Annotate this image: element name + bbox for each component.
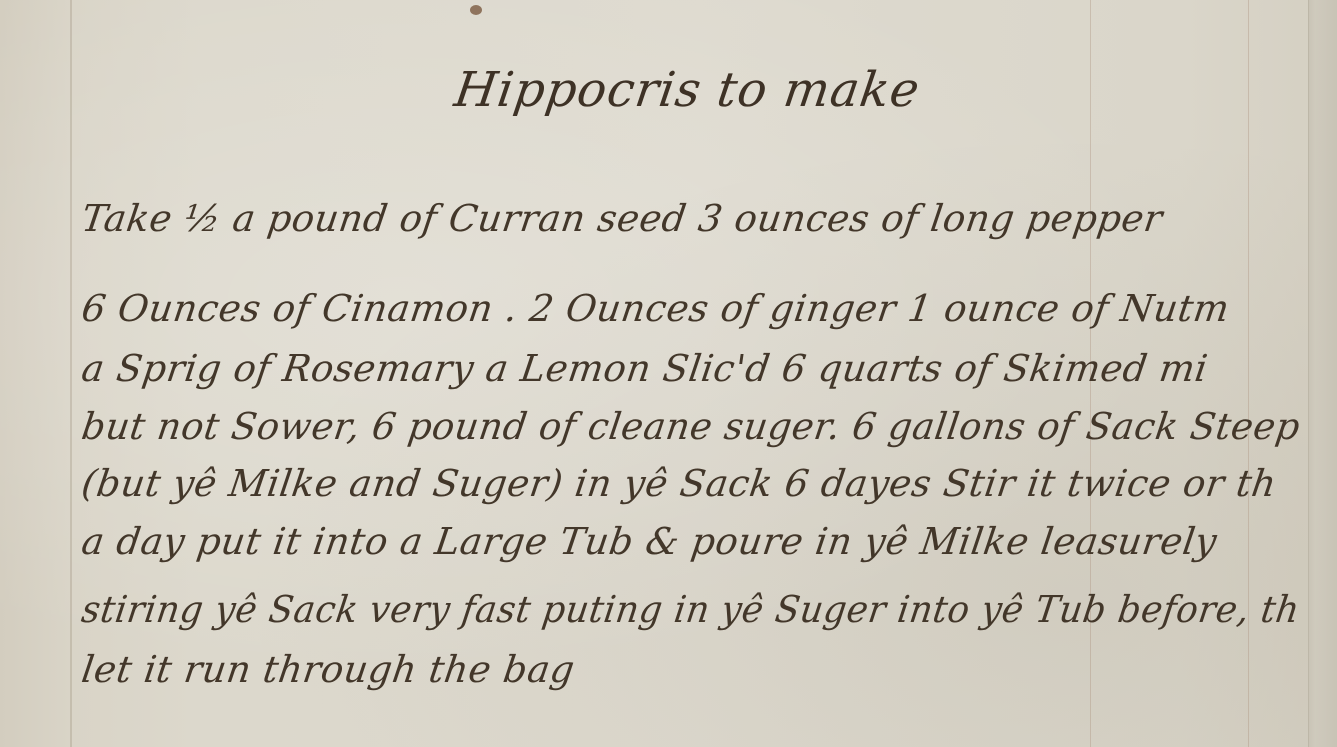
ink-blot (470, 5, 482, 15)
text-line: a Sprig of Rosemary a Lemon Slic'd 6 qua… (79, 347, 1211, 390)
recipe-title: Hippocris to make (451, 62, 924, 118)
text-line: a day put it into a Large Tub & poure in… (79, 520, 1220, 563)
text-line: Take ½ a pound of Curran seed 3 ounces o… (79, 197, 1165, 240)
text-line: let it run through the bag (79, 648, 578, 691)
manuscript-page: Hippocris to make Take ½ a pound of Curr… (0, 0, 1337, 747)
page-fold-line (70, 0, 72, 747)
text-line: 6 Ounces of Cinamon . 2 Ounces of ginger… (79, 287, 1232, 330)
book-gutter (1308, 0, 1337, 747)
text-line: stiring yê Sack very fast puting in yê S… (79, 588, 1302, 631)
text-line: but not Sower, 6 pound of cleane suger. … (79, 405, 1303, 448)
text-line: (but yê Milke and Suger) in yê Sack 6 da… (79, 462, 1279, 505)
ruled-margin-line (1248, 0, 1249, 747)
